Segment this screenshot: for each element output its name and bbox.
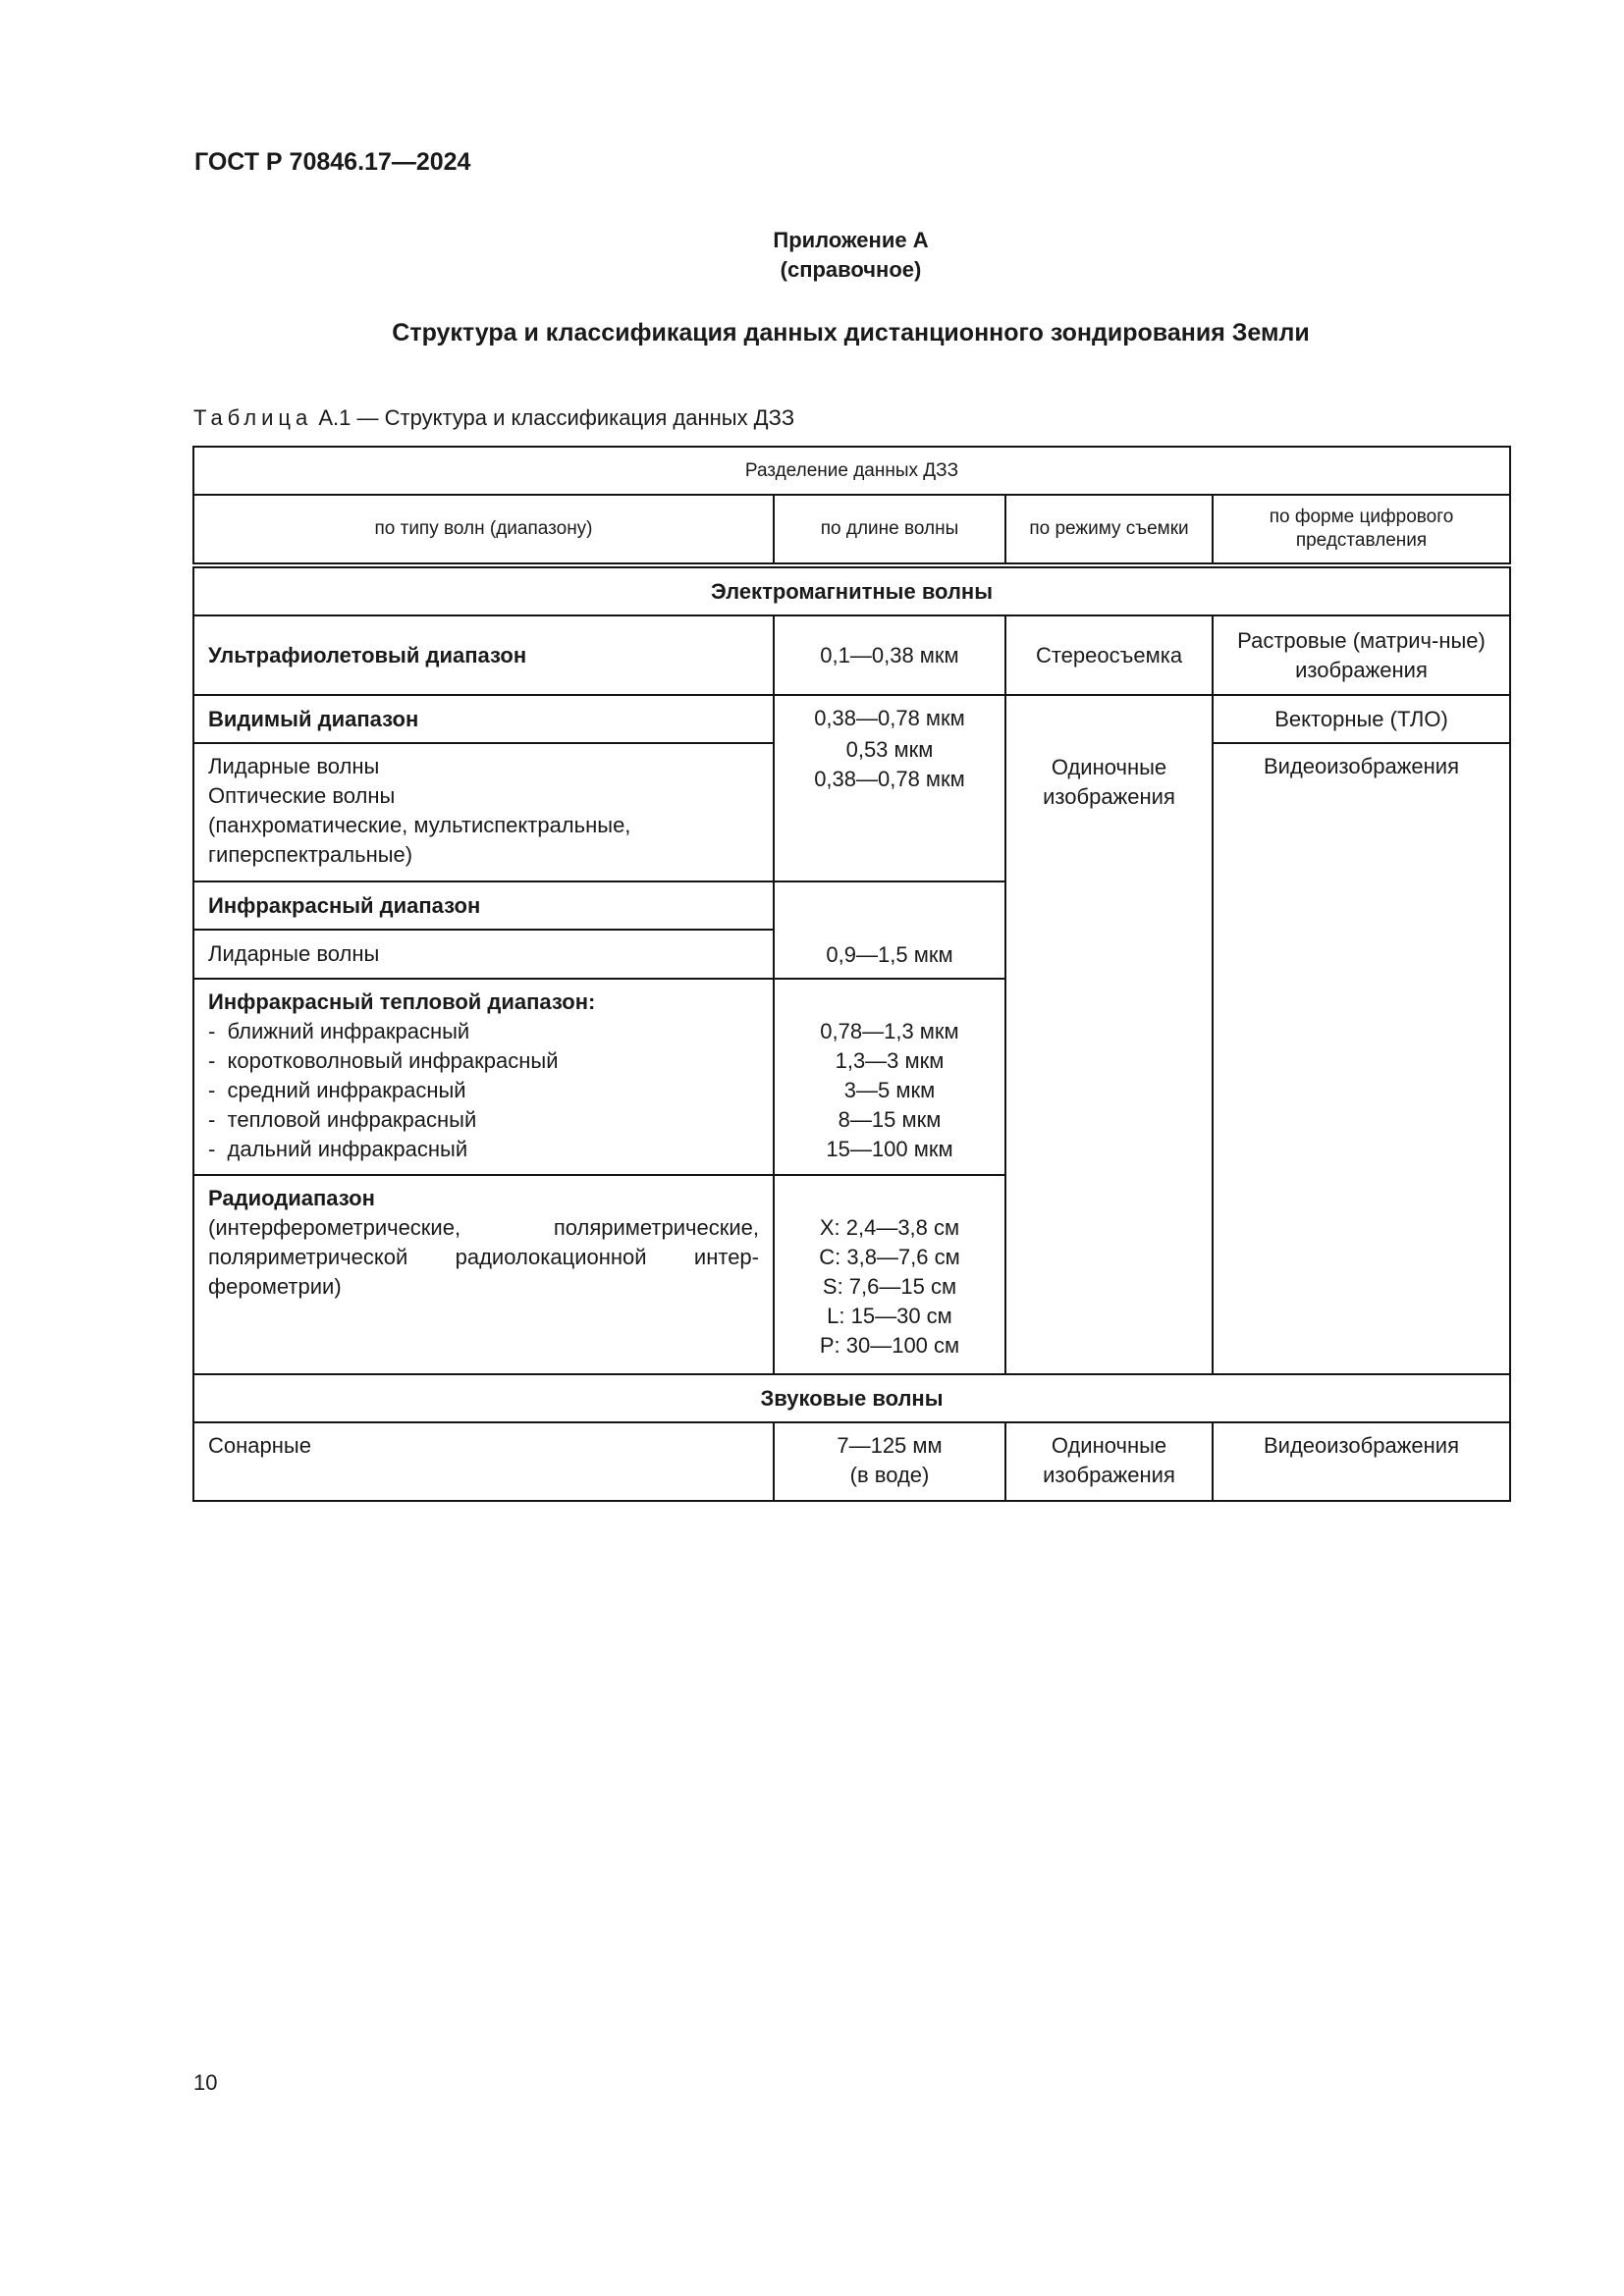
cell-ir-type: Инфракрасный диапазон [193, 881, 774, 930]
cell-sonar-wavelength: 7—125 мм (в воде) [774, 1422, 1005, 1501]
sonar-medium: (в воде) [788, 1461, 991, 1490]
cell-sonar-format: Видеоизображения [1213, 1422, 1510, 1501]
thermal-title: Инфракрасный тепловой диапазон: [208, 988, 759, 1017]
thermal-item: - средний инфракрасный [208, 1076, 759, 1105]
cell-optical-type: Лидарные волны Оптические волны (панхром… [193, 743, 774, 881]
optical-type-line: Оптические волны [208, 781, 759, 811]
page-number: 10 [193, 2070, 217, 2096]
radio-band: L: 15—30 см [788, 1302, 991, 1331]
radio-band: S: 7,6—15 см [788, 1272, 991, 1302]
cell-sonar-type: Сонарные [193, 1422, 774, 1501]
radio-description: (интерферометрические, поляриметрические… [208, 1213, 759, 1302]
cell-radio-type: Радиодиапазон (интерферометрические, пол… [193, 1175, 774, 1374]
optical-type-line: гиперспектральные) [208, 840, 759, 870]
table-row-sonar: Сонарные 7—125 мм (в воде) Одиночные изо… [193, 1422, 1510, 1501]
column-header-survey-mode: по режиму съемки [1005, 495, 1213, 565]
cell-visible-optical-wavelength: 0,38—0,78 мкм 0,53 мкм 0,38—0,78 мкм [774, 695, 1005, 881]
column-header-wave-type: по типу волн (диапазону) [193, 495, 774, 565]
thermal-wavelength: 3—5 мкм [788, 1076, 991, 1105]
document-title: Структура и классификация данных дистанц… [192, 319, 1509, 347]
radio-band: X: 2,4—3,8 см [788, 1213, 991, 1243]
standard-code: ГОСТ Р 70846.17—2024 [194, 148, 470, 177]
radio-band: C: 3,8—7,6 см [788, 1243, 991, 1272]
cell-ir-lidar-type: Лидарные волны [193, 930, 774, 979]
optical-type-line: Лидарные волны [208, 752, 759, 781]
cell-sonar-mode: Одиночные изображения [1005, 1422, 1213, 1501]
thermal-item: - коротковолновый инфракрасный [208, 1046, 759, 1076]
table-column-header-row: по типу волн (диапазону) по длине волны … [193, 495, 1510, 565]
cell-thermal-wavelength: 0,78—1,3 мкм 1,3—3 мкм 3—5 мкм 8—15 мкм … [774, 979, 1005, 1175]
thermal-item: - дальний инфракрасный [208, 1135, 759, 1164]
group-header: Разделение данных ДЗЗ [193, 447, 1510, 495]
section-row: Электромагнитные волны [193, 565, 1510, 615]
table-caption-label: Таблица [193, 405, 312, 430]
cell-radio-bands: X: 2,4—3,8 см C: 3,8—7,6 см S: 7,6—15 см… [774, 1175, 1005, 1374]
section-title-sound: Звуковые волны [193, 1374, 1510, 1422]
table-caption-text: А.1 — Структура и классификация данных Д… [312, 405, 794, 430]
classification-table: Разделение данных ДЗЗ по типу волн (диап… [192, 446, 1511, 1502]
radio-title: Радиодиапазон [208, 1184, 759, 1213]
cell-visible-type: Видимый диапазон [193, 695, 774, 743]
section-title-em: Электромагнитные волны [193, 565, 1510, 615]
table-caption: Таблица А.1 — Структура и классификация … [193, 405, 794, 431]
cell-uv-mode: Стереосъемка [1005, 615, 1213, 695]
annex-title: Приложение А [192, 228, 1509, 253]
thermal-wavelength: 0,78—1,3 мкм [788, 1017, 991, 1046]
optical-wavelength-lidar: 0,53 мкм [788, 735, 991, 765]
table-group-header-row: Разделение данных ДЗЗ [193, 447, 1510, 495]
cell-uv-format: Растровые (матрич-ные) изображения [1213, 615, 1510, 695]
cell-uv-type: Ультрафиолетовый диапазон [193, 615, 774, 695]
radio-band: P: 30—100 см [788, 1331, 991, 1361]
cell-uv-wavelength: 0,1—0,38 мкм [774, 615, 1005, 695]
thermal-wavelength: 8—15 мкм [788, 1105, 991, 1135]
cell-shared-mode: Одиночные изображения [1005, 695, 1213, 1374]
optical-wavelength-optical: 0,38—0,78 мкм [788, 765, 991, 794]
annex-kind: (справочное) [192, 257, 1509, 283]
cell-shared-format: Видеоизображения [1213, 743, 1510, 1374]
table-row-uv: Ультрафиолетовый диапазон 0,1—0,38 мкм С… [193, 615, 1510, 695]
cell-ir-lidar-wavelength: 0,9—1,5 мкм [774, 881, 1005, 979]
optical-type-line: (панхроматические, мультиспектральные, [208, 811, 759, 840]
column-header-wavelength: по длине волны [774, 495, 1005, 565]
thermal-wavelength: 15—100 мкм [788, 1135, 991, 1164]
section-row: Звуковые волны [193, 1374, 1510, 1422]
thermal-item: - ближний инфракрасный [208, 1017, 759, 1046]
cell-thermal-type: Инфракрасный тепловой диапазон: - ближни… [193, 979, 774, 1175]
visible-wavelength: 0,38—0,78 мкм [788, 704, 991, 733]
column-header-digital-format: по форме цифрового представления [1213, 495, 1510, 565]
sonar-wavelength: 7—125 мм [788, 1431, 991, 1461]
cell-visible-format: Векторные (ТЛО) [1213, 695, 1510, 743]
table-row-visible: Видимый диапазон 0,38—0,78 мкм 0,53 мкм … [193, 695, 1510, 743]
thermal-item: - тепловой инфракрасный [208, 1105, 759, 1135]
thermal-wavelength: 1,3—3 мкм [788, 1046, 991, 1076]
